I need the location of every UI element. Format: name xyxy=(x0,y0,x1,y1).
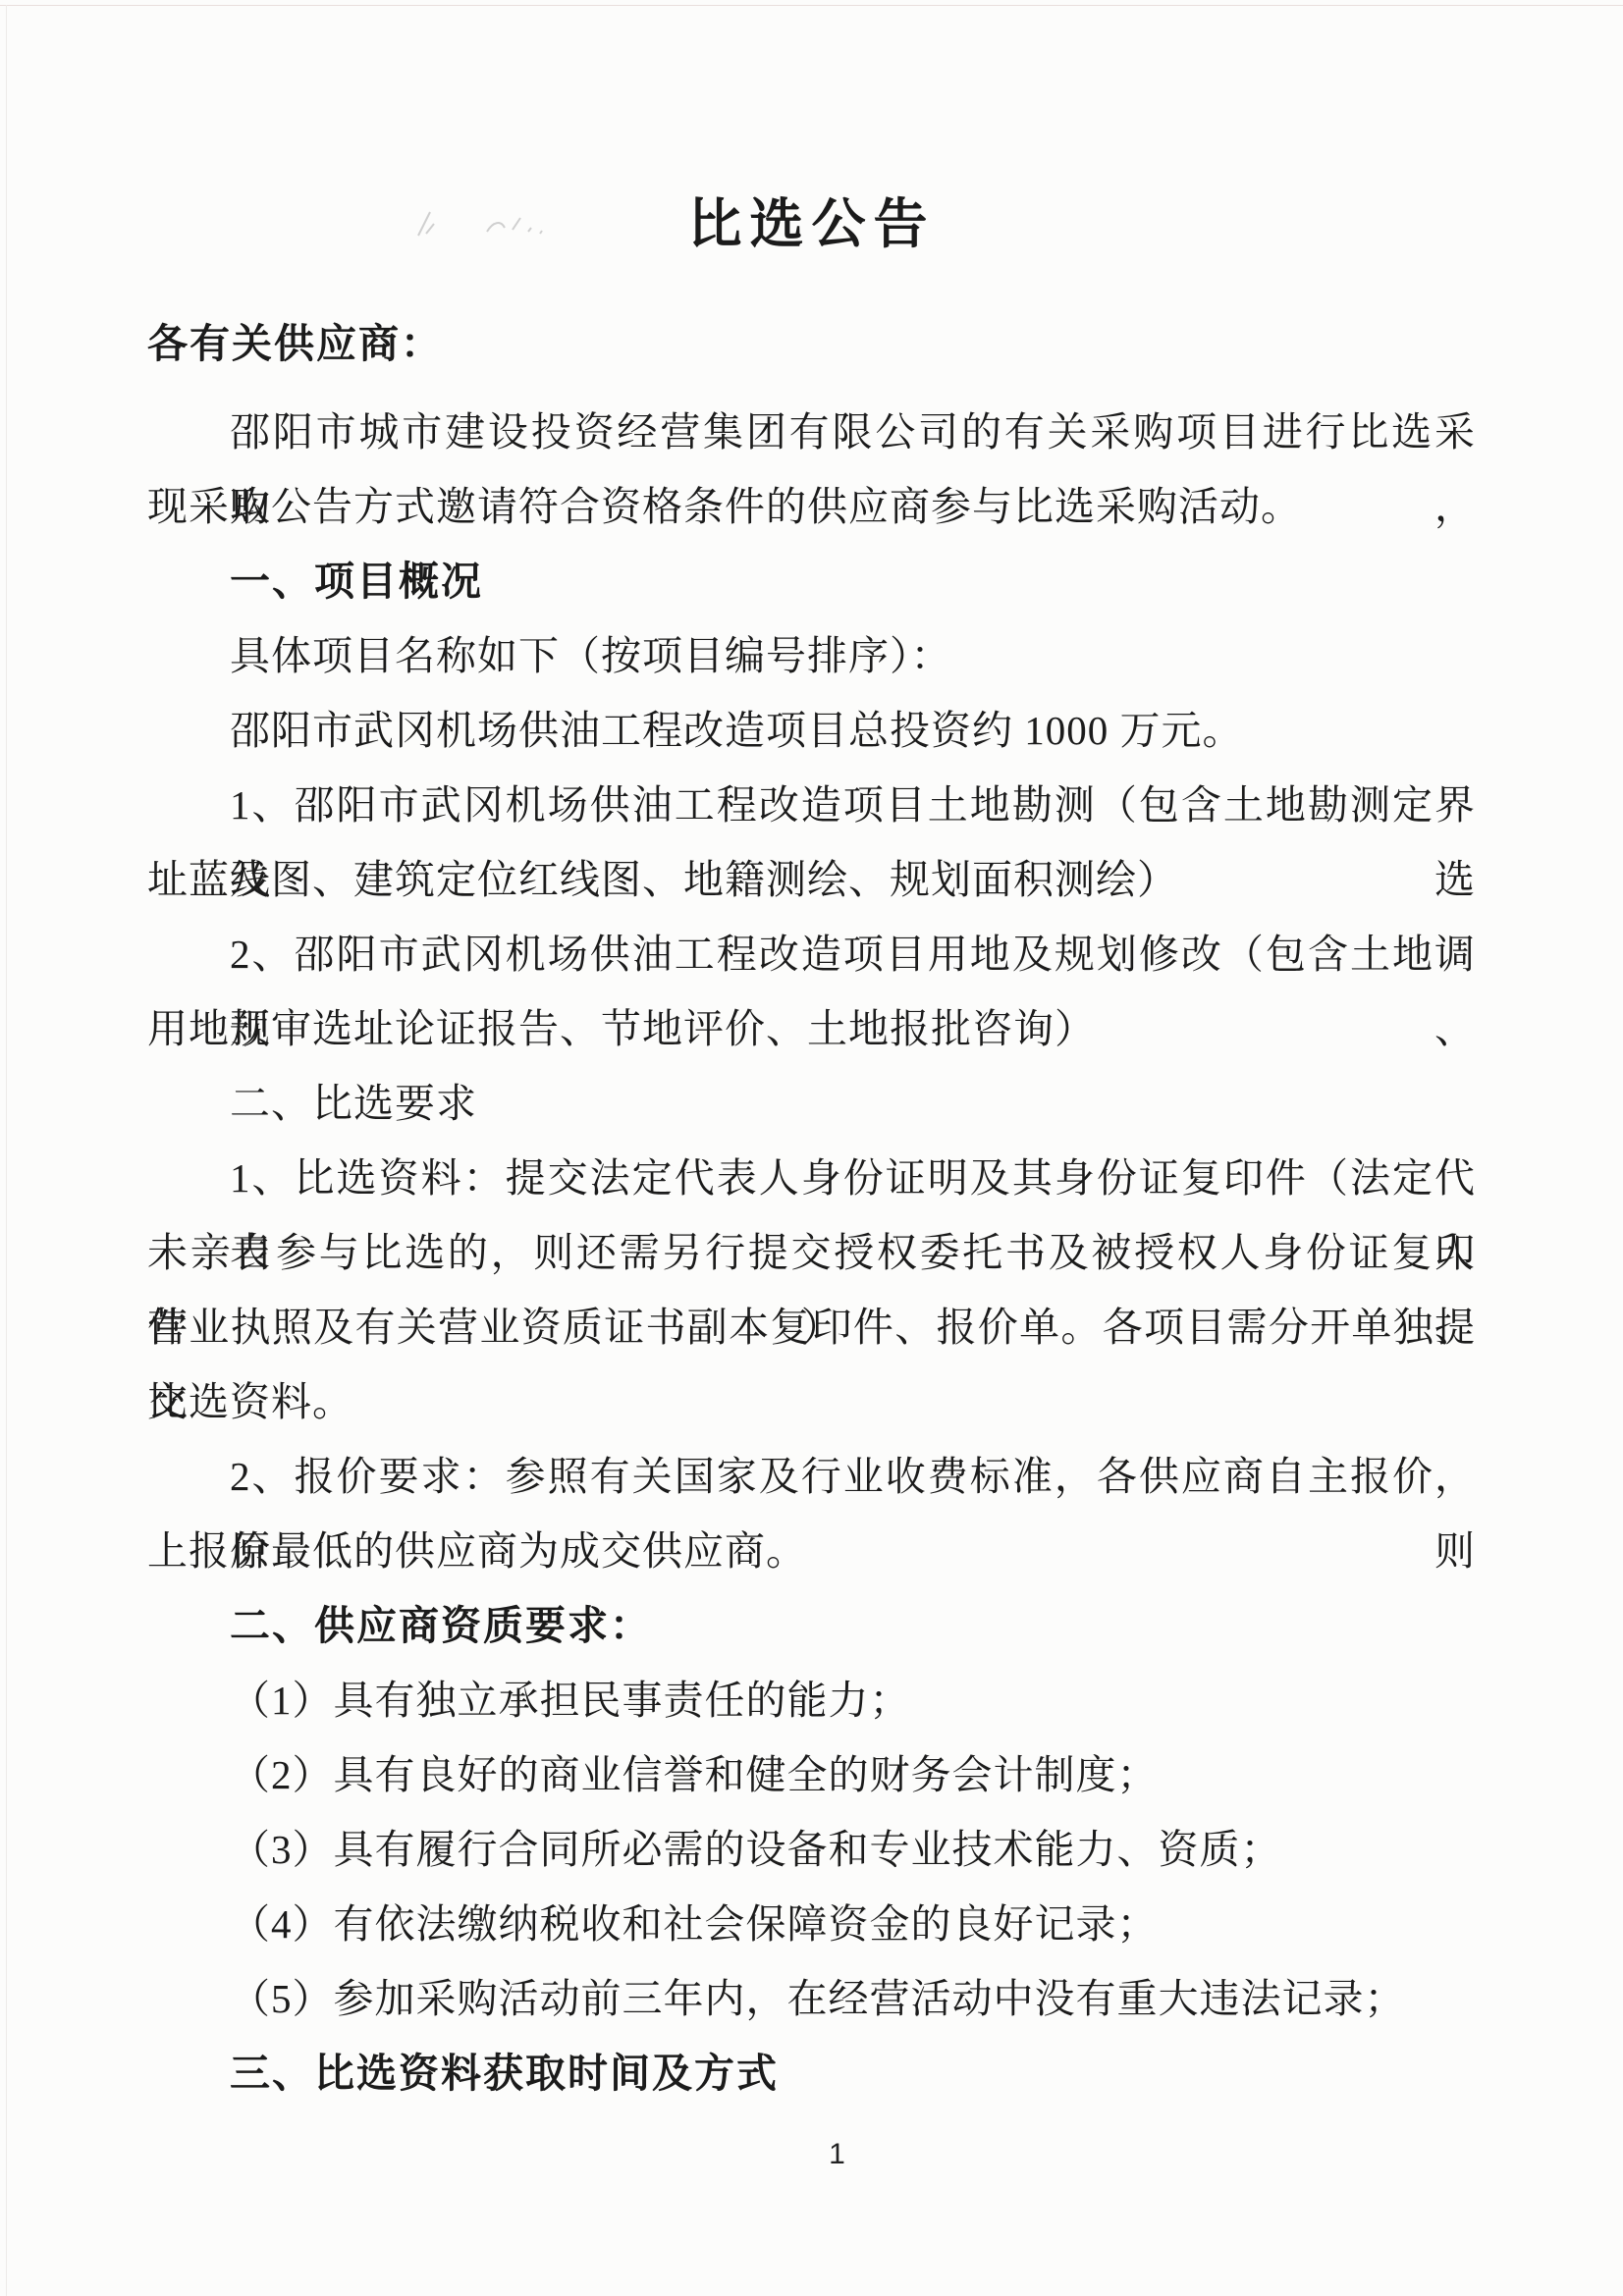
document-line: 营业执照及有关营业资质证书副本复印件、报价单。各项目需分开单独提交 xyxy=(147,1290,1476,1364)
section-heading-3: 二、供应商资质要求： xyxy=(147,1588,1476,1663)
document-line: 2、报价要求：参照有关国家及行业收费标准，各供应商自主报价，原则 xyxy=(147,1439,1476,1514)
section-heading-1: 一、项目概况 xyxy=(147,544,1476,618)
section-heading-4: 三、比选资料获取时间及方式 xyxy=(147,2036,1476,2110)
document-line: 2、邵阳市武冈机场供油工程改造项目用地及规划修改（包含土地调规、 xyxy=(147,917,1476,991)
document-line: 邵阳市武冈机场供油工程改造项目总投资约 1000 万元。 xyxy=(147,693,1476,768)
document-line: 1、邵阳市武冈机场供油工程改造项目土地勘测（包含土地勘测定界及选 xyxy=(147,768,1476,842)
document-line: 邵阳市城市建设投资经营集团有限公司的有关采购项目进行比选采购， xyxy=(147,395,1476,469)
document-line: 比选资料。 xyxy=(147,1364,1476,1439)
section-heading-2: 二、比选要求 xyxy=(147,1066,1476,1141)
document-page: 比选公告 各有关供应商： 邵阳市城市建设投资经营集团有限公司的有关采购项目进行比… xyxy=(0,0,1623,2296)
document-line: 具体项目名称如下（按项目编号排序）： xyxy=(147,618,1476,693)
list-item: （5）参加采购活动前三年内，在经营活动中没有重大违法记录； xyxy=(147,1961,1476,2036)
document-title: 比选公告 xyxy=(0,0,1623,257)
document-line: 现采取公告方式邀请符合资格条件的供应商参与比选采购活动。 xyxy=(147,469,1476,544)
page-number: 1 xyxy=(0,2138,1623,2171)
document-line: 1、比选资料：提交法定代表人身份证明及其身份证复印件（法定代表人 xyxy=(147,1141,1476,1215)
scan-edge-left xyxy=(6,5,7,2296)
salutation: 各有关供应商： xyxy=(147,316,1476,371)
list-item: （3）具有履行合同所必需的设备和专业技术能力、资质； xyxy=(147,1812,1476,1887)
pencil-scribble-artifact xyxy=(410,198,577,247)
list-item: （1）具有独立承担民事责任的能力； xyxy=(147,1663,1476,1737)
document-line: 未亲自参与比选的，则还需另行提交授权委托书及被授权人身份证复印件）、 xyxy=(147,1215,1476,1290)
document-body: 邵阳市城市建设投资经营集团有限公司的有关采购项目进行比选采购， 现采取公告方式邀… xyxy=(147,395,1476,2110)
scan-edge-top xyxy=(0,5,1623,6)
list-item: （2）具有良好的商业信誉和健全的财务会计制度； xyxy=(147,1737,1476,1812)
list-item: （4）有依法缴纳税收和社会保障资金的良好记录； xyxy=(147,1887,1476,1961)
